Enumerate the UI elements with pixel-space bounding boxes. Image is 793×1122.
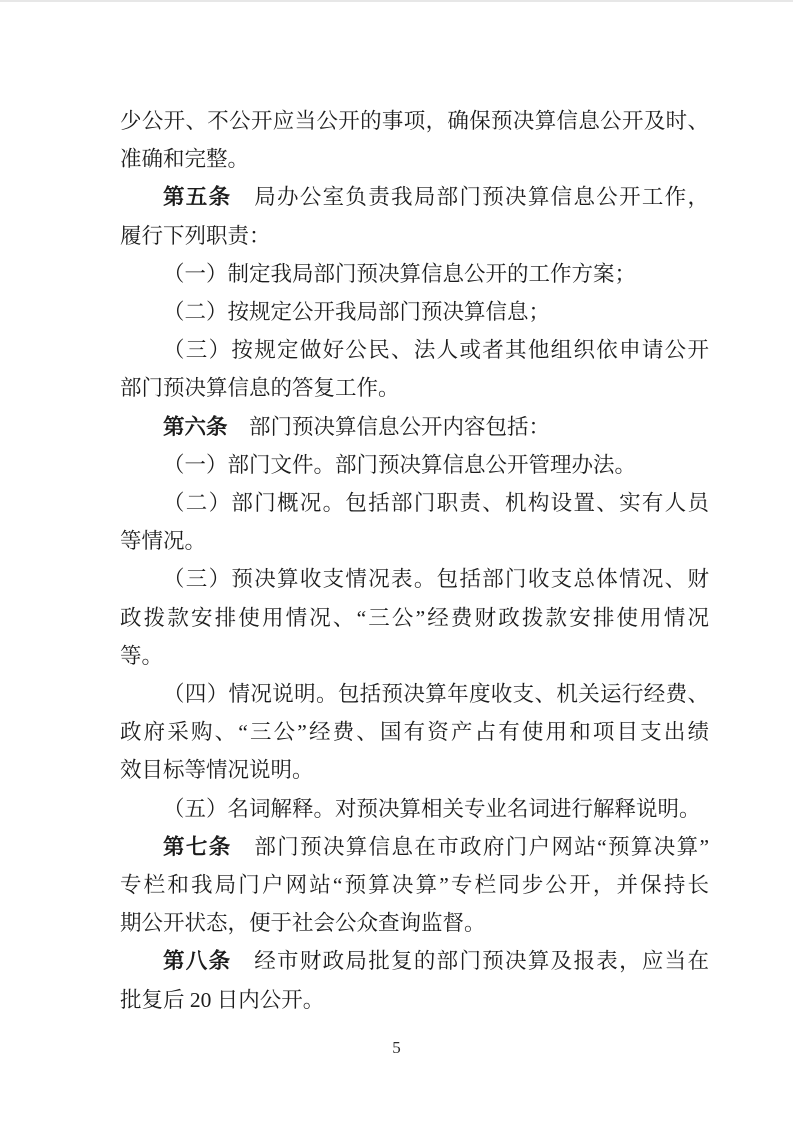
document-text: 少公开、不公开应当公开的事项，确保预决算信息公开及时、准确和完整。第五条 局办公… <box>120 102 709 1019</box>
text-line: 第七条 部门预决算信息在市政府门户网站“预算决算” <box>120 828 709 866</box>
text-run: 效目标等情况说明。 <box>120 758 314 782</box>
text-line: 第六条 部门预决算信息公开内容包括： <box>120 408 709 446</box>
text-line: 部门预决算信息的答复工作。 <box>120 369 709 407</box>
text-line: 批复后 20 日内公开。 <box>120 981 709 1019</box>
text-line: 少公开、不公开应当公开的事项，确保预决算信息公开及时、 <box>120 102 709 140</box>
text-line: （五）名词解释。对预决算相关专业名词进行解释说明。 <box>120 790 709 828</box>
text-run: 准确和完整。 <box>120 147 249 171</box>
text-run: 部门预决算信息在市政府门户网站“预算决算” <box>232 835 709 859</box>
text-run: 等。 <box>120 644 163 668</box>
text-line: 效目标等情况说明。 <box>120 751 709 789</box>
text-run: （一）部门文件。部门预决算信息公开管理办法。 <box>163 453 636 477</box>
text-run: 经市财政局批复的部门预决算及报表，应当在 <box>231 949 709 973</box>
text-line: （二）按规定公开我局部门预决算信息； <box>120 293 709 331</box>
text-line: 期公开状态，便于社会公众查询监督。 <box>120 904 709 942</box>
text-line: 等。 <box>120 637 709 675</box>
text-run: 部门预决算信息的答复工作。 <box>120 376 400 400</box>
text-line: 专栏和我局门户网站“预算决算”专栏同步公开，并保持长 <box>120 866 709 904</box>
page-number: 5 <box>392 1038 401 1057</box>
page-footer: 5 <box>0 1036 793 1060</box>
text-line: 第五条 局办公室负责我局部门预决算信息公开工作， <box>120 178 709 216</box>
article-number: 第七条 <box>163 835 232 859</box>
text-line: 第八条 经市财政局批复的部门预决算及报表，应当在 <box>120 942 709 980</box>
text-run: （二）按规定公开我局部门预决算信息； <box>163 300 550 324</box>
text-run: 政拨款安排使用情况、“三公”经费财政拨款安排使用情况 <box>120 606 709 630</box>
scan-edge-line <box>0 0 793 2</box>
text-line: （二）部门概况。包括部门职责、机构设置、实有人员 <box>120 484 709 522</box>
text-line: （一）部门文件。部门预决算信息公开管理办法。 <box>120 446 709 484</box>
text-run: 专栏和我局门户网站“预算决算”专栏同步公开，并保持长 <box>120 873 709 897</box>
text-run: 少公开、不公开应当公开的事项，确保预决算信息公开及时、 <box>120 109 709 133</box>
text-run: （二）部门概况。包括部门职责、机构设置、实有人员 <box>163 491 709 515</box>
text-line: 政拨款安排使用情况、“三公”经费财政拨款安排使用情况 <box>120 599 709 637</box>
text-run: （五）名词解释。对预决算相关专业名词进行解释说明。 <box>163 797 701 821</box>
text-line: 政府采购、“三公”经费、国有资产占有使用和项目支出绩 <box>120 713 709 751</box>
text-run: （三）预决算收支情况表。包括部门收支总体情况、财 <box>163 567 709 591</box>
text-run: 局办公室负责我局部门预决算信息公开工作， <box>231 185 709 209</box>
text-run: 等情况。 <box>120 529 206 553</box>
article-number: 第六条 <box>163 415 228 439</box>
article-number: 第五条 <box>163 185 231 209</box>
text-run: 期公开状态，便于社会公众查询监督。 <box>120 911 486 935</box>
text-run: 政府采购、“三公”经费、国有资产占有使用和项目支出绩 <box>120 720 709 744</box>
text-line: （三）预决算收支情况表。包括部门收支总体情况、财 <box>120 560 709 598</box>
text-line: （一）制定我局部门预决算信息公开的工作方案； <box>120 255 709 293</box>
text-run: （一）制定我局部门预决算信息公开的工作方案； <box>163 262 636 286</box>
text-run: 批复后 20 日内公开。 <box>120 988 324 1012</box>
text-run: 履行下列职责： <box>120 224 271 248</box>
text-line: （三）按规定做好公民、法人或者其他组织依申请公开 <box>120 331 709 369</box>
text-line: 等情况。 <box>120 522 709 560</box>
text-run: （三）按规定做好公民、法人或者其他组织依申请公开 <box>163 338 709 362</box>
text-line: （四）情况说明。包括预决算年度收支、机关运行经费、 <box>120 675 709 713</box>
text-run: 部门预决算信息公开内容包括： <box>228 415 551 439</box>
document-page: 少公开、不公开应当公开的事项，确保预决算信息公开及时、准确和完整。第五条 局办公… <box>0 0 793 1122</box>
article-number: 第八条 <box>163 949 231 973</box>
text-run: （四）情况说明。包括预决算年度收支、机关运行经费、 <box>163 682 709 706</box>
text-line: 准确和完整。 <box>120 140 709 178</box>
text-line: 履行下列职责： <box>120 217 709 255</box>
